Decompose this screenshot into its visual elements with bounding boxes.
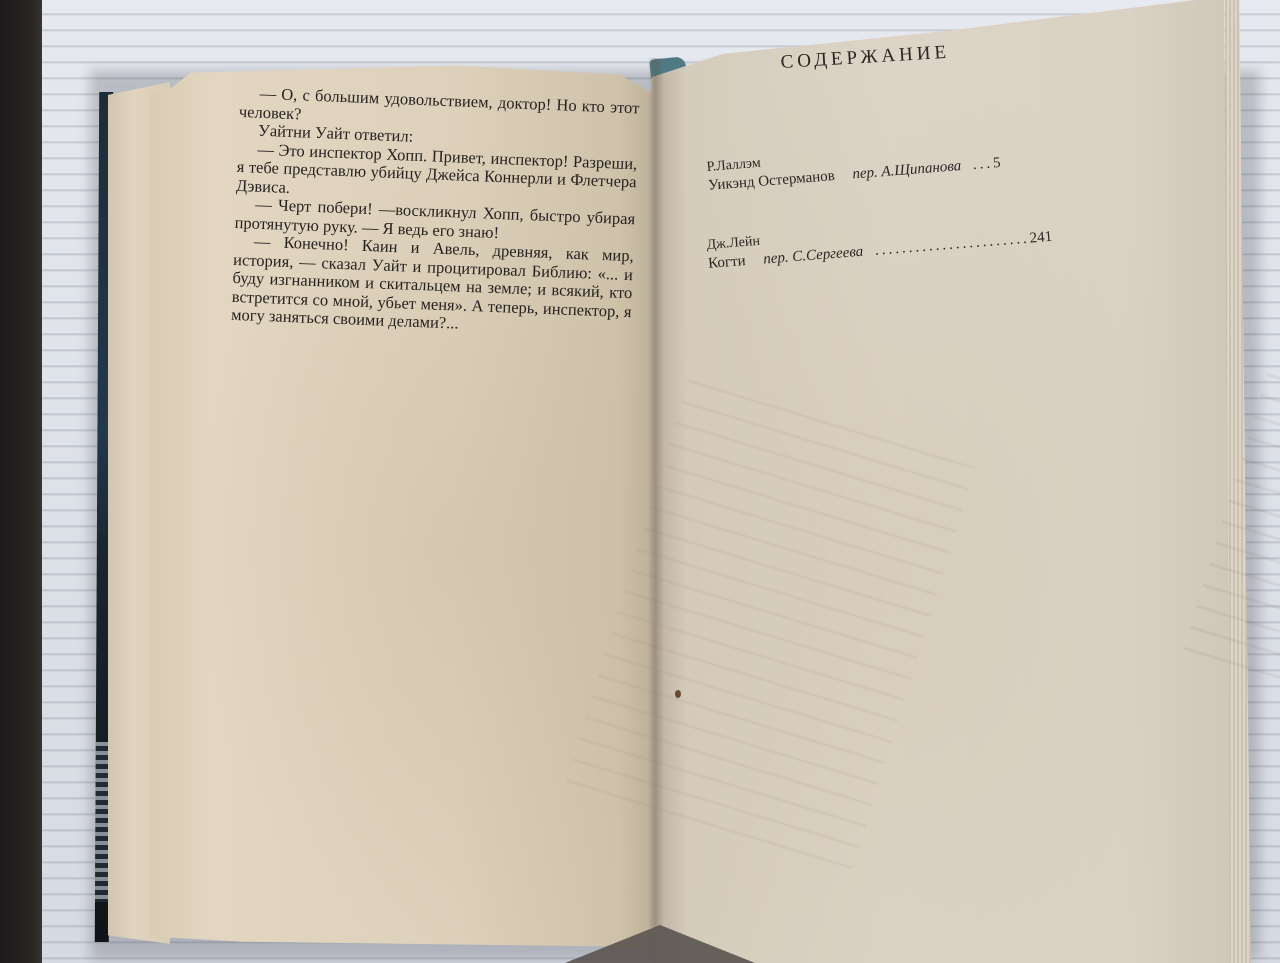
book-gutter <box>648 58 664 928</box>
toc-page-number: 241 <box>1029 229 1053 247</box>
left-page-text: — О, с большим удовольствием, доктор! Но… <box>231 84 640 340</box>
toc-title: Когти <box>708 253 747 272</box>
paragraph: — Конечно! Каин и Авель, древняя, как ми… <box>231 232 634 340</box>
toc-page-number: 5 <box>992 155 1001 172</box>
dark-object-edge <box>0 0 42 963</box>
toc-leader: ... <box>972 156 993 174</box>
paper-stain <box>675 690 681 698</box>
